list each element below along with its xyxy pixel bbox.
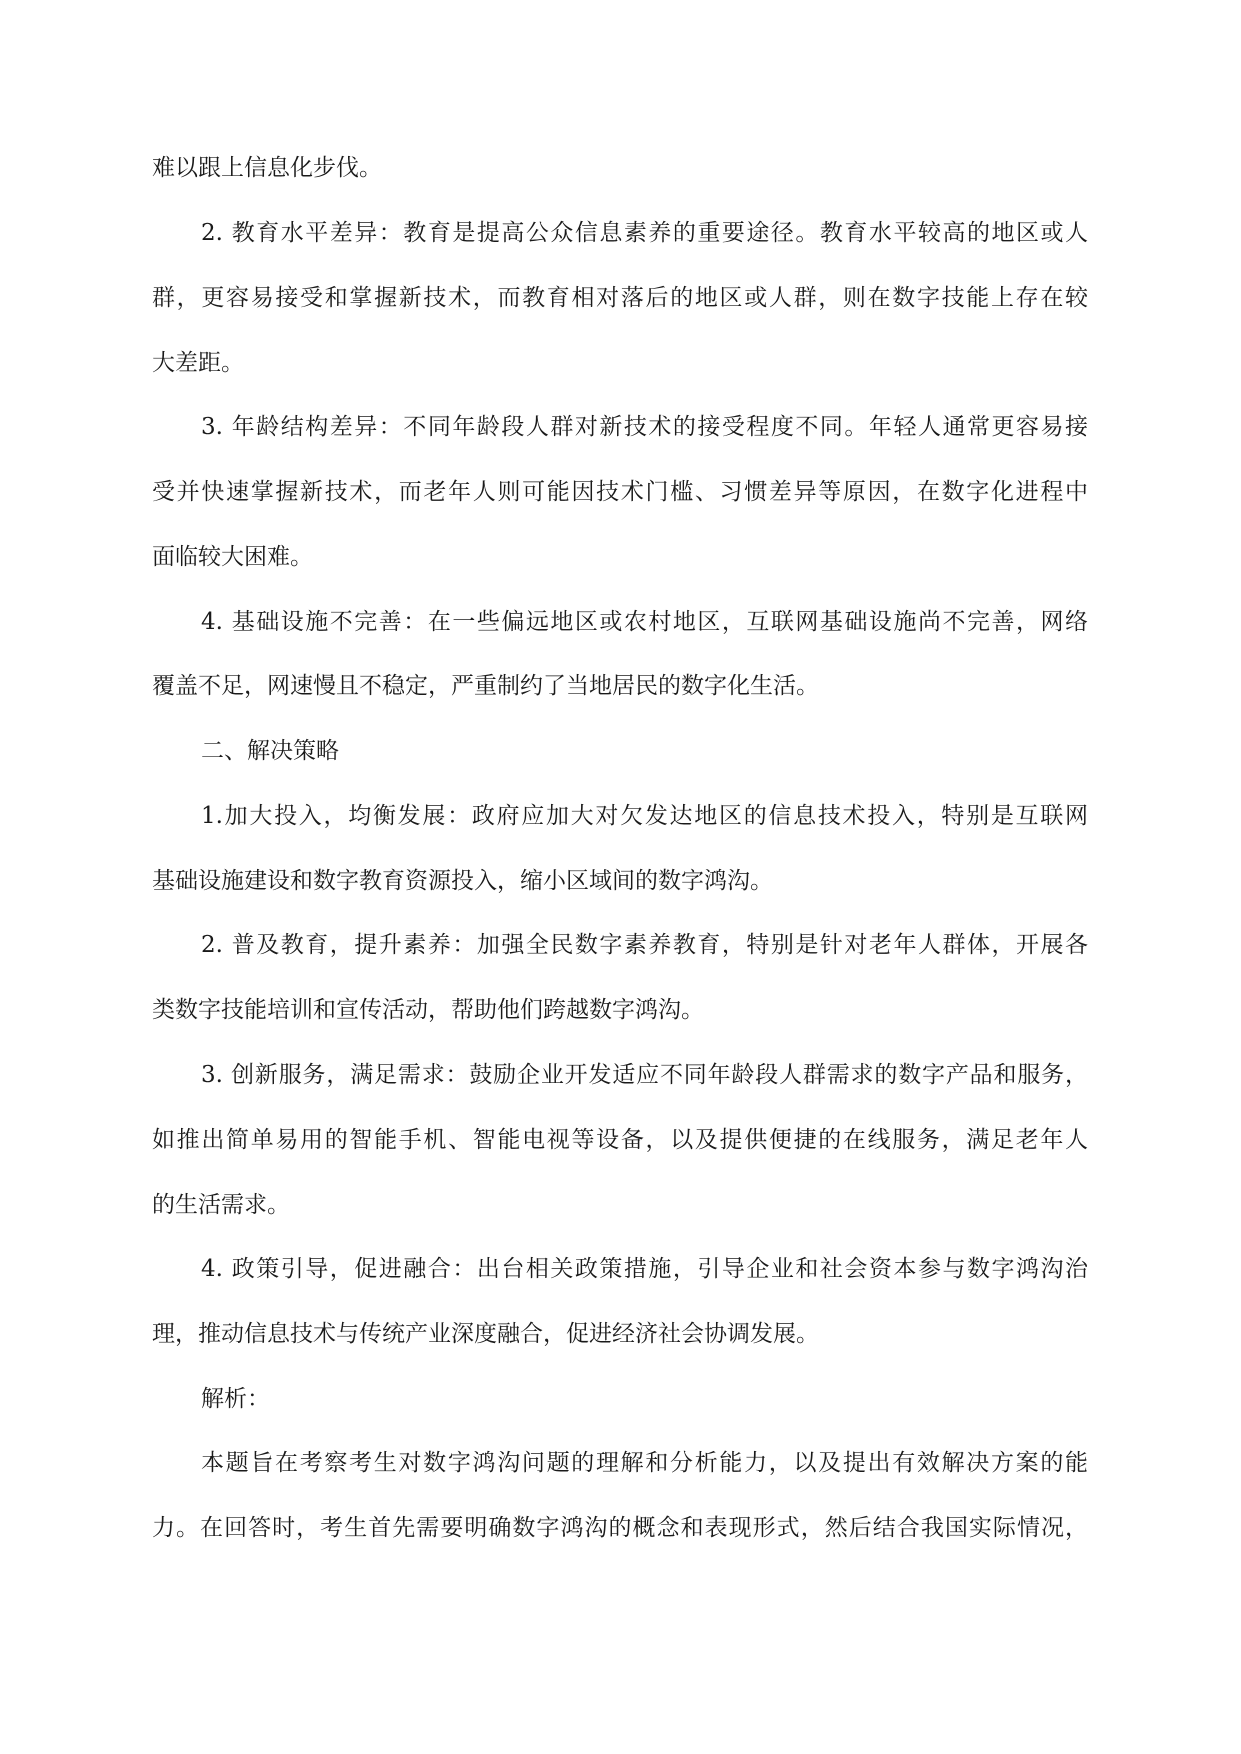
text-line: 基础设施建设和数字教育资源投入，缩小区域间的数字鸿沟。 (152, 866, 1088, 896)
text-line: 如推出简单易用的智能手机、智能电视等设备，以及提供便捷的在线服务，满足老年人 (152, 1125, 1088, 1155)
text-line: 二、解决策略 (201, 736, 1088, 766)
text-line: 3. 创新服务，满足需求：鼓励企业开发适应不同年龄段人群需求的数字产品和服务， (201, 1060, 1088, 1090)
document-page: 难以跟上信息化步伐。2. 教育水平差异：教育是提高公众信息素养的重要途径。教育水… (0, 0, 1241, 1754)
text-line: 难以跟上信息化步伐。 (152, 153, 1088, 183)
text-line: 3. 年龄结构差异：不同年龄段人群对新技术的接受程度不同。年轻人通常更容易接 (201, 412, 1088, 442)
text-line: 群，更容易接受和掌握新技术，而教育相对落后的地区或人群，则在数字技能上存在较 (152, 283, 1088, 313)
text-line: 类数字技能培训和宣传活动，帮助他们跨越数字鸿沟。 (152, 995, 1088, 1025)
text-line: 2. 普及教育，提升素养：加强全民数字素养教育，特别是针对老年人群体，开展各 (201, 930, 1088, 960)
text-line: 2. 教育水平差异：教育是提高公众信息素养的重要途径。教育水平较高的地区或人 (201, 218, 1088, 248)
text-line: 1.加大投入，均衡发展：政府应加大对欠发达地区的信息技术投入，特别是互联网 (201, 801, 1088, 831)
text-line: 力。在回答时，考生首先需要明确数字鸿沟的概念和表现形式，然后结合我国实际情况， (152, 1513, 1088, 1543)
text-line: 解析： (201, 1384, 1088, 1414)
text-line: 大差距。 (152, 348, 1088, 378)
text-line: 4. 基础设施不完善：在一些偏远地区或农村地区，互联网基础设施尚不完善，网络 (201, 607, 1088, 637)
text-line: 受并快速掌握新技术，而老年人则可能因技术门槛、习惯差异等原因，在数字化进程中 (152, 477, 1088, 507)
text-line: 面临较大困难。 (152, 542, 1088, 572)
text-line: 的生活需求。 (152, 1190, 1088, 1220)
text-line: 4. 政策引导，促进融合：出台相关政策措施，引导企业和社会资本参与数字鸿沟治 (201, 1254, 1088, 1284)
text-line: 理，推动信息技术与传统产业深度融合，促进经济社会协调发展。 (152, 1319, 1088, 1349)
text-line: 本题旨在考察考生对数字鸿沟问题的理解和分析能力，以及提出有效解决方案的能 (201, 1448, 1088, 1478)
text-line: 覆盖不足，网速慢且不稳定，严重制约了当地居民的数字化生活。 (152, 671, 1088, 701)
